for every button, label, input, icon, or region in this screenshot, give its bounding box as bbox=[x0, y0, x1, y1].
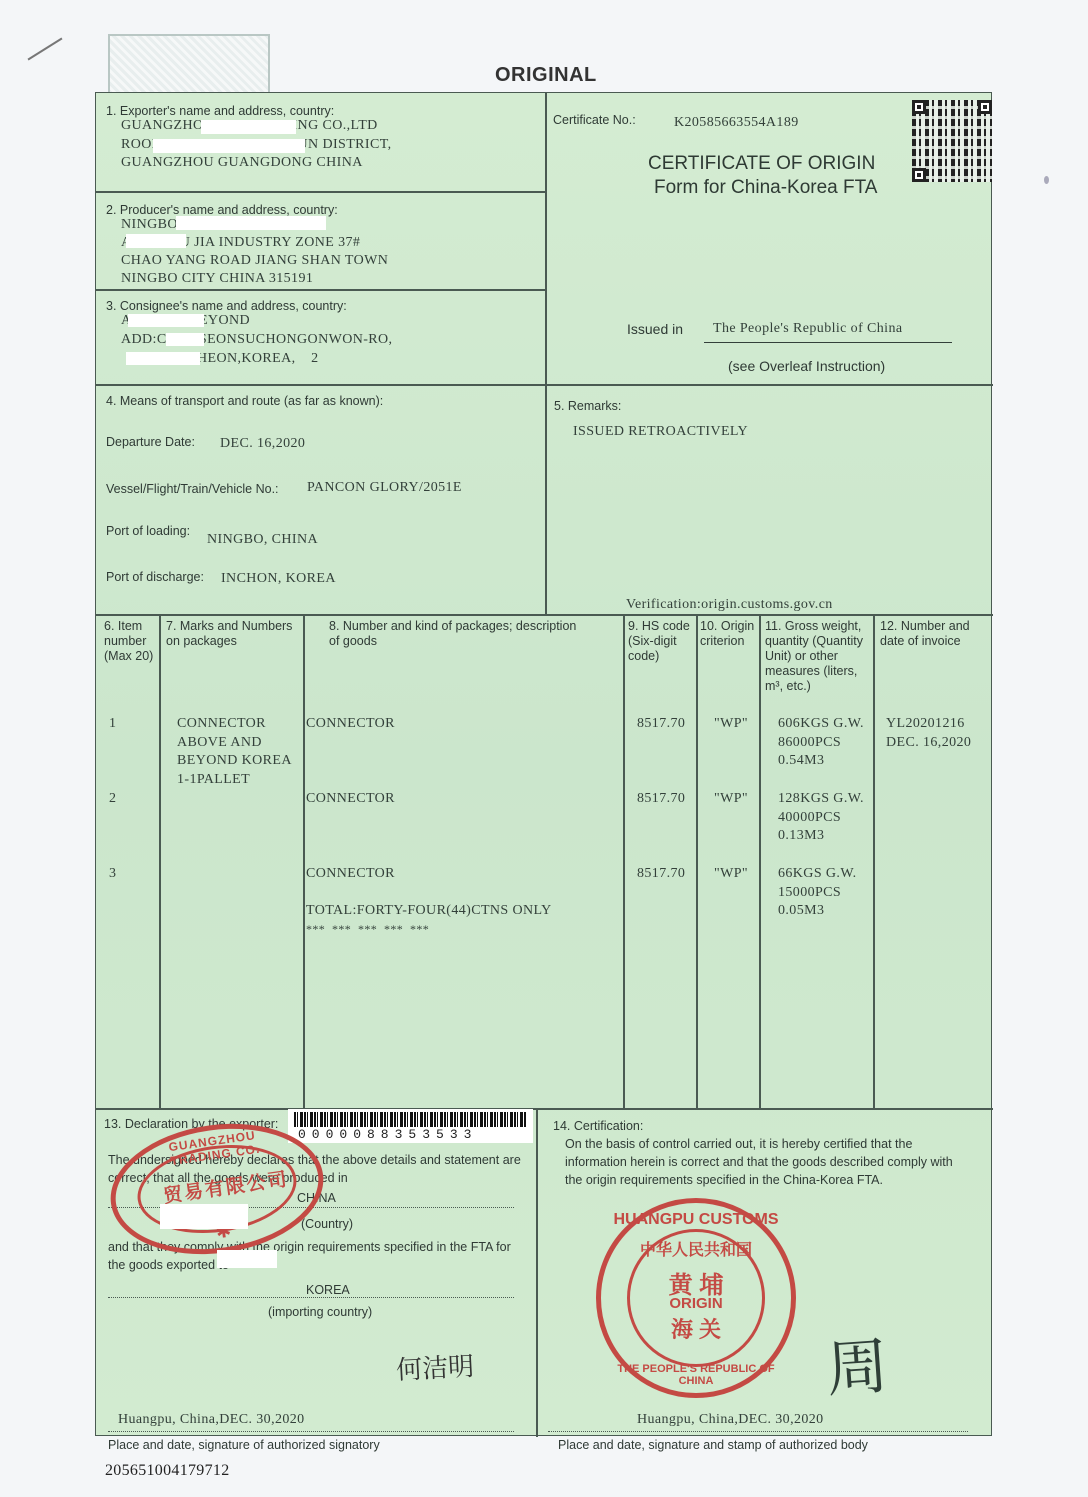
divider bbox=[759, 614, 761, 1108]
divider bbox=[873, 614, 875, 1108]
barcode: 0000088353533 bbox=[288, 1109, 533, 1143]
discharge-value: INCHON, KOREA bbox=[221, 570, 336, 589]
certificate-title: CERTIFICATE OF ORIGIN bbox=[648, 153, 875, 175]
certification-label: 14. Certification: bbox=[553, 1119, 643, 1134]
divider bbox=[159, 614, 161, 1108]
item-number: 3 bbox=[109, 865, 116, 884]
divider bbox=[96, 289, 546, 291]
weight: 66KGS G.W. 15000PCS 0.05M3 bbox=[778, 865, 857, 921]
redaction bbox=[126, 234, 186, 248]
loading-value: NINGBO, CHINA bbox=[207, 531, 318, 550]
redaction bbox=[176, 216, 326, 230]
certification-place-date: Huangpu, China,DEC. 30,2020 bbox=[637, 1411, 824, 1430]
item-number: 1 bbox=[109, 715, 116, 734]
hs-code: 8517.70 bbox=[637, 790, 685, 809]
remarks-label: 5. Remarks: bbox=[554, 399, 621, 414]
divider bbox=[623, 614, 625, 1108]
header-item: 6. Item number (Max 20) bbox=[104, 619, 153, 664]
importing-country: KOREA bbox=[306, 1283, 350, 1298]
invoice-cell: YL20201216 DEC. 16,2020 bbox=[886, 715, 971, 752]
importing-caption: (importing country) bbox=[268, 1305, 372, 1320]
redaction bbox=[153, 139, 305, 153]
vessel-label: Vessel/Flight/Train/Vehicle No.: bbox=[106, 482, 279, 497]
divider bbox=[303, 614, 305, 1108]
paper-mark bbox=[1044, 176, 1049, 184]
header-invoice: 12. Number and date of invoice bbox=[880, 619, 970, 649]
transport-label: 4. Means of transport and route (as far … bbox=[106, 394, 383, 409]
remarks-value: ISSUED RETROACTIVELY bbox=[573, 423, 748, 442]
origin-criterion: "WP" bbox=[714, 865, 748, 884]
redaction bbox=[126, 352, 200, 365]
underline bbox=[704, 342, 952, 343]
certificate-no-label: Certificate No.: bbox=[553, 113, 636, 128]
dotted-line bbox=[108, 1431, 514, 1432]
security-pattern bbox=[108, 34, 270, 96]
original-label: ORIGINAL bbox=[495, 64, 597, 87]
divider bbox=[96, 614, 993, 616]
redaction bbox=[160, 1204, 248, 1229]
verification-url: Verification:origin.customs.gov.cn bbox=[626, 596, 833, 615]
header-marks: 7. Marks and Numbers on packages bbox=[166, 619, 292, 649]
description: CONNECTOR bbox=[306, 790, 395, 809]
description: CONNECTOR bbox=[306, 865, 395, 884]
marks-cell: CONNECTOR ABOVE AND BEYOND KOREA 1-1PALL… bbox=[177, 715, 292, 789]
exporter-line: GUANGZHOU GUANGDONG CHINA bbox=[121, 154, 363, 173]
redaction bbox=[128, 314, 204, 327]
staple-mark bbox=[28, 38, 63, 61]
form-serial-number: 205651004179712 bbox=[105, 1462, 230, 1480]
header-hs-code: 9. HS code (Six-digit code) bbox=[628, 619, 690, 664]
discharge-label: Port of discharge: bbox=[106, 570, 204, 585]
divider bbox=[696, 614, 698, 1108]
customs-signature: 周 bbox=[823, 1316, 891, 1409]
qr-code bbox=[912, 100, 992, 182]
declaration-caption: Place and date, signature of authorized … bbox=[108, 1438, 380, 1453]
exporter-signature: 何洁明 bbox=[395, 1346, 475, 1387]
divider bbox=[96, 191, 546, 193]
header-weight: 11. Gross weight, quantity (Quantity Uni… bbox=[765, 619, 863, 694]
departure-label: Departure Date: bbox=[106, 435, 195, 450]
hs-code: 8517.70 bbox=[637, 715, 685, 734]
certificate-no: K20585663554A189 bbox=[674, 114, 799, 133]
issued-in-label: Issued in bbox=[627, 322, 683, 337]
dotted-line bbox=[548, 1431, 968, 1432]
total-packages: TOTAL:FORTY-FOUR(44)CTNS ONLY bbox=[306, 902, 552, 921]
loading-label: Port of loading: bbox=[106, 524, 190, 539]
redaction bbox=[166, 333, 204, 346]
divider bbox=[96, 384, 993, 386]
declaration-place-date: Huangpu, China,DEC. 30,2020 bbox=[118, 1411, 305, 1430]
certificate-subtitle: Form for China-Korea FTA bbox=[654, 177, 877, 199]
vessel-value: PANCON GLORY/2051E bbox=[307, 479, 462, 498]
origin-criterion: "WP" bbox=[714, 790, 748, 809]
producer-line: NINGBO CITY CHINA 315191 bbox=[121, 270, 313, 289]
departure-value: DEC. 16,2020 bbox=[220, 435, 305, 454]
consignee-line: ADD:C- , SEONSUCHONGONWON-RO, bbox=[121, 331, 392, 350]
dotted-line bbox=[108, 1297, 514, 1298]
certification-caption: Place and date, signature and stamp of a… bbox=[558, 1438, 868, 1453]
certification-text: On the basis of control carried out, it … bbox=[565, 1135, 955, 1189]
redaction bbox=[201, 120, 296, 134]
weight: 606KGS G.W. 86000PCS 0.54M3 bbox=[778, 715, 864, 771]
weight: 128KGS G.W. 40000PCS 0.13M3 bbox=[778, 790, 864, 846]
redaction bbox=[217, 1250, 277, 1268]
issued-in-value: The People's Republic of China bbox=[713, 320, 903, 339]
overleaf-note: (see Overleaf Instruction) bbox=[728, 359, 885, 374]
customs-stamp: HUANGPU CUSTOMS 中华人民共和国 黄 埔 ORIGIN 海 关 T… bbox=[596, 1198, 796, 1398]
item-number: 2 bbox=[109, 790, 116, 809]
producer-line: CHAO YANG ROAD JIANG SHAN TOWN bbox=[121, 252, 388, 271]
header-origin: 10. Origin criterion bbox=[700, 619, 754, 649]
origin-criterion: "WP" bbox=[714, 715, 748, 734]
barcode-digits: 0000088353533 bbox=[298, 1127, 477, 1142]
header-description: 8. Number and kind of packages; descript… bbox=[329, 619, 576, 649]
divider bbox=[545, 93, 547, 614]
divider bbox=[96, 1108, 993, 1110]
divider bbox=[536, 1108, 538, 1437]
hs-code: 8517.70 bbox=[637, 865, 685, 884]
description: CONNECTOR bbox=[306, 715, 395, 734]
country-caption: (Country) bbox=[301, 1217, 353, 1232]
terminator-marks: *** *** *** *** *** bbox=[306, 920, 429, 939]
